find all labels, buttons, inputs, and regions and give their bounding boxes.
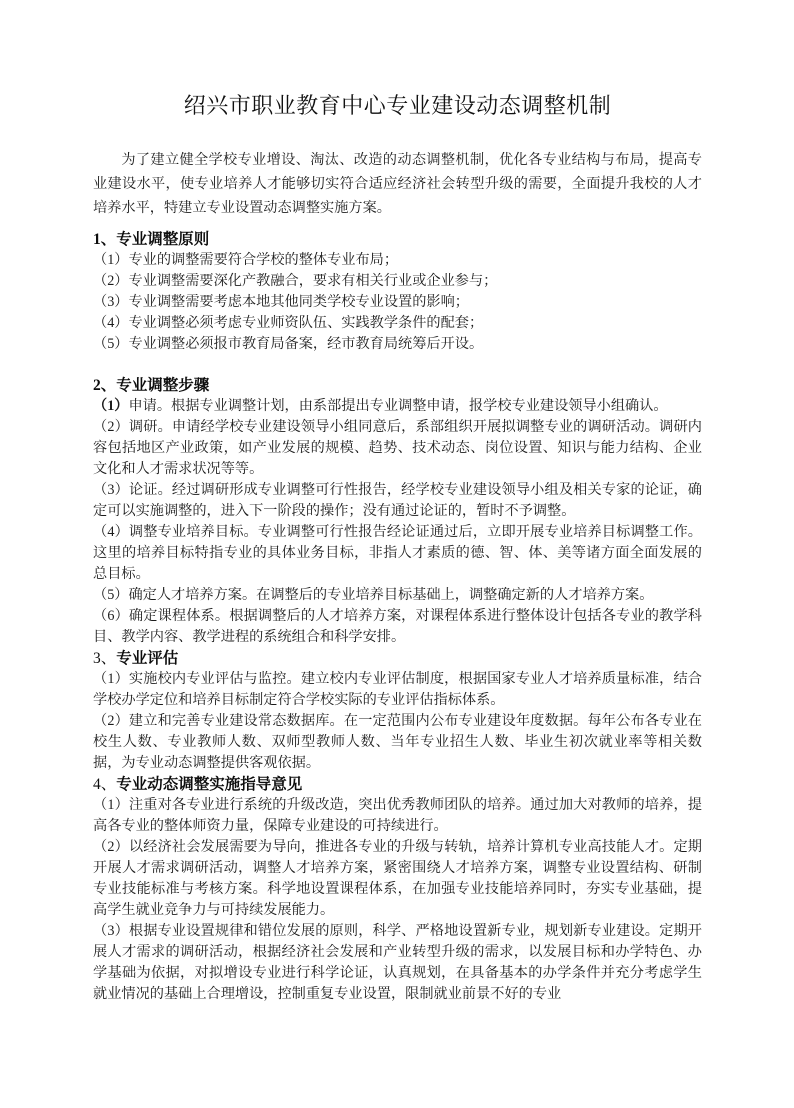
intro-paragraph: 为了建立健全学校专业增设、淘汰、改造的动态调整机制，优化各专业结构与布局，提高专…: [93, 148, 702, 220]
section-heading-1: 1、专业调整原则: [93, 229, 702, 250]
item-number: （3）: [93, 923, 129, 939]
item-number: （2）: [93, 273, 128, 289]
item-number: （6）: [93, 608, 129, 624]
document-title: 绍兴市职业教育中心专业建设动态调整机制: [93, 91, 702, 121]
list-item: （2）调研。申请经学校专业建设领导小组同意后，系部组织开展拟调整专业的调研活动。…: [93, 417, 702, 480]
section-number: 2、: [93, 377, 116, 394]
list-item: （2）以经济社会发展需要为导向，推进各专业的升级与转轨，培养计算机专业高技能人才…: [93, 837, 702, 921]
item-text: 注重对各专业进行系统的升级改造，突出优秀教师团队的培养。通过加大对教师的培养，提…: [93, 797, 702, 834]
list-item: （1）申请。根据专业调整计划，由系部提出专业调整申请，报学校专业建设领导小组确认…: [93, 396, 702, 417]
section-number: 3、: [93, 650, 116, 667]
list-item: （1）注重对各专业进行系统的升级改造，突出优秀教师团队的培养。通过加大对教师的培…: [93, 795, 702, 837]
item-number: （3）: [93, 294, 128, 310]
item-number: （1）: [93, 398, 128, 414]
list-item: （3）专业调整需要考虑本地其他同类学校专业设置的影响；: [93, 292, 702, 313]
list-item: （1）实施校内专业评估与监控。建立校内专业评估制度，根据国家专业人才培养质量标准…: [93, 669, 702, 711]
list-item: （2）专业调整需要深化产教融合，要求有相关行业或企业参与；: [93, 271, 702, 292]
list-item: （2）建立和完善专业建设常态数据库。在一定范围内公布专业建设年度数据。每年公布各…: [93, 711, 702, 774]
item-number: （1）: [93, 797, 129, 813]
list-item: （4）调整专业培养目标。专业调整可行性报告经论证通过后，立即开展专业培养目标调整…: [93, 522, 702, 585]
item-text: 确定课程体系。根据调整后的人才培养方案，对课程体系进行整体设计包括各专业的教学科…: [93, 608, 702, 645]
item-text: 根据专业设置规律和错位发展的原则，科学、严格地设置新专业，规划新专业建设。定期开…: [93, 923, 702, 1002]
item-number: （2）: [93, 419, 129, 435]
list-item: （5）确定人才培养方案。在调整后的专业培养目标基础上，调整确定新的人才培养方案。: [93, 585, 702, 606]
item-text: 专业调整需要深化产教融合，要求有相关行业或企业参与；: [128, 273, 497, 289]
item-text: 调整专业培养目标。专业调整可行性报告经论证通过后，立即开展专业培养目标调整工作。…: [93, 524, 702, 582]
section-heading-4: 4、专业动态调整实施指导意见: [93, 774, 702, 795]
item-text: 以经济社会发展需要为导向，推进各专业的升级与转轨，培养计算机专业高技能人才。定期…: [93, 839, 702, 918]
section-title: 专业调整步骤: [116, 377, 209, 394]
list-item: （6）确定课程体系。根据调整后的人才培养方案，对课程体系进行整体设计包括各专业的…: [93, 606, 702, 648]
item-number: （1）: [93, 252, 128, 268]
list-item: （3）根据专业设置规律和错位发展的原则，科学、严格地设置新专业，规划新专业建设。…: [93, 921, 702, 1005]
item-text: 专业调整必须报市教育局备案，经市教育局统筹后开设。: [128, 336, 483, 352]
section-title: 专业调整原则: [116, 231, 209, 248]
item-text: 确定人才培养方案。在调整后的专业培养目标基础上，调整确定新的人才培养方案。: [128, 587, 653, 603]
item-number: （4）: [93, 315, 128, 331]
item-number: （4）: [93, 524, 129, 540]
item-text: 调研。申请经学校专业建设领导小组同意后，系部组织开展拟调整专业的调研活动。调研内…: [93, 419, 702, 477]
document-page: 绍兴市职业教育中心专业建设动态调整机制 为了建立健全学校专业增设、淘汰、改造的动…: [0, 0, 794, 1108]
item-text: 论证。经过调研形成专业调整可行性报告，经学校专业建设领导小组及相关专家的论证，确…: [93, 482, 702, 519]
list-item: （1）专业的调整需要符合学校的整体专业布局；: [93, 250, 702, 271]
item-text: 专业的调整需要符合学校的整体专业布局；: [128, 252, 398, 268]
section-number: 4、: [93, 776, 116, 793]
section-number: 1、: [93, 231, 116, 248]
section-title: 专业动态调整实施指导意见: [116, 776, 302, 793]
list-item: （4）专业调整必须考虑专业师资队伍、实践教学条件的配套；: [93, 313, 702, 334]
item-number: （2）: [93, 839, 129, 855]
item-number: （5）: [93, 336, 128, 352]
item-text: 专业调整需要考虑本地其他同类学校专业设置的影响；: [128, 294, 469, 310]
section-title: 专业评估: [116, 650, 178, 667]
item-number: （5）: [93, 587, 128, 603]
item-text: 申请。根据专业调整计划，由系部提出专业调整申请，报学校专业建设领导小组确认。: [128, 398, 667, 414]
item-number: （2）: [93, 713, 129, 729]
list-item: （5）专业调整必须报市教育局备案，经市教育局统筹后开设。: [93, 334, 702, 355]
item-text: 实施校内专业评估与监控。建立校内专业评估制度，根据国家专业人才培养质量标准，结合…: [93, 671, 702, 708]
section-heading-3: 3、专业评估: [93, 648, 702, 669]
item-text: 专业调整必须考虑专业师资队伍、实践教学条件的配套；: [128, 315, 483, 331]
section-heading-2: 2、专业调整步骤: [93, 375, 702, 396]
item-number: （1）: [93, 671, 129, 687]
item-number: （3）: [93, 482, 129, 498]
item-text: 建立和完善专业建设常态数据库。在一定范围内公布专业建设年度数据。每年公布各专业在…: [93, 713, 702, 771]
list-item: （3）论证。经过调研形成专业调整可行性报告，经学校专业建设领导小组及相关专家的论…: [93, 480, 702, 522]
